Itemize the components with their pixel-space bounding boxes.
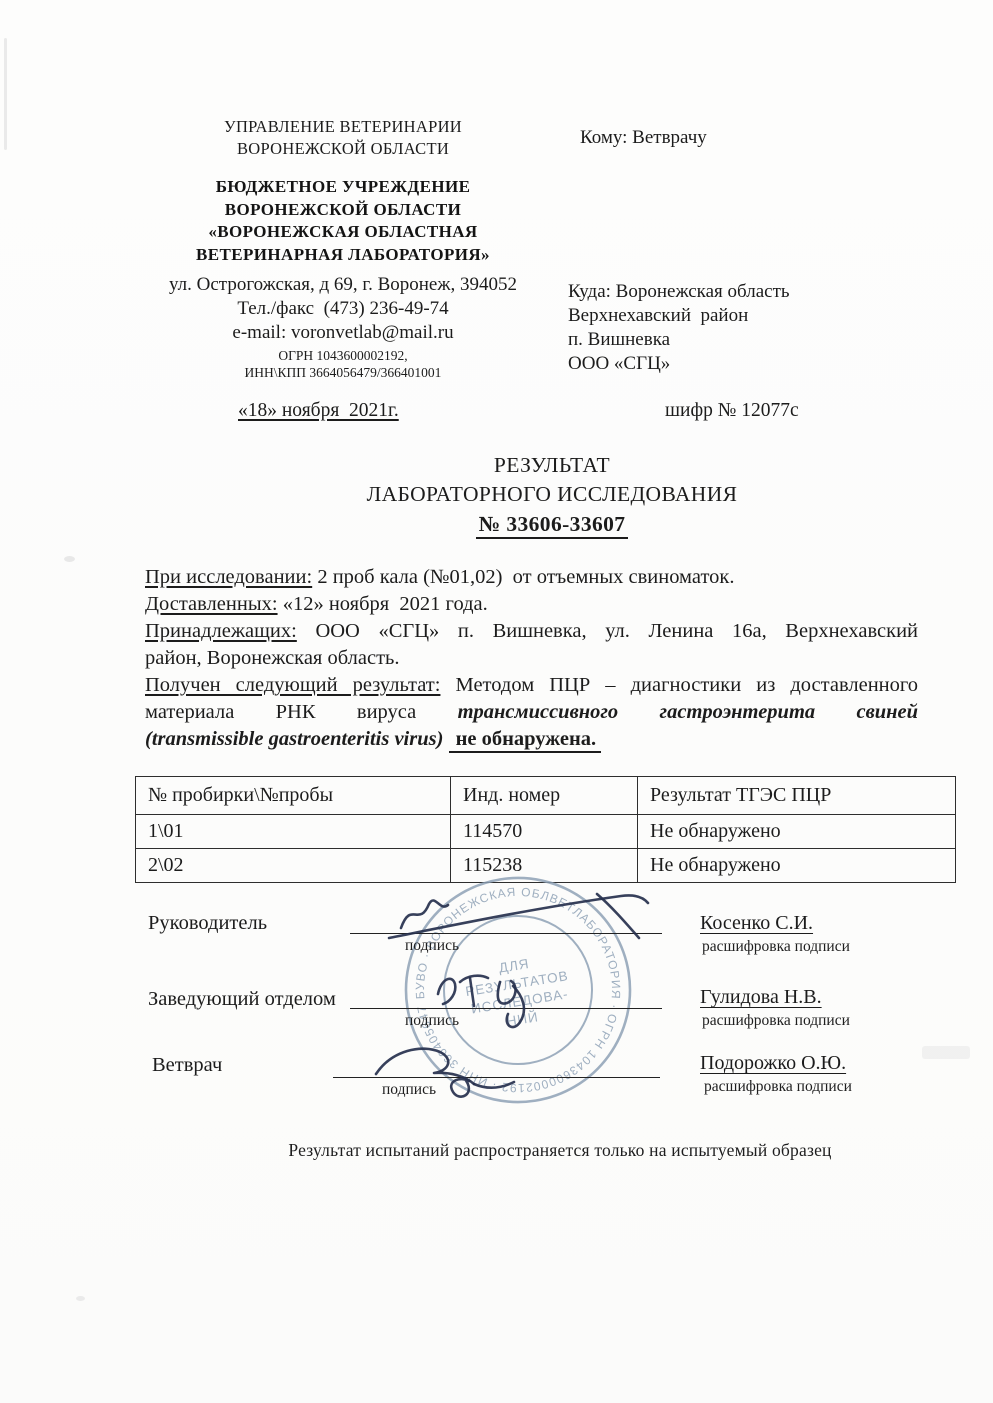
cipher-number: шифр № 12077с <box>665 400 799 422</box>
scan-artifact <box>922 1046 970 1059</box>
scan-artifact <box>76 1296 85 1301</box>
result-not-detected: не обнаружена. <box>449 728 602 753</box>
col-header-id: Инд. номер <box>451 777 638 815</box>
body-line-examined: При исследовании: 2 проб кала (№01,02) о… <box>145 566 734 590</box>
vet-signature-ink <box>368 1038 528 1104</box>
w-diagnostics: диагностики <box>631 674 742 696</box>
recipient-to: Кому: Ветврачу <box>580 126 707 150</box>
text-examined: 2 проб кала (№01,02) от отъемных свинома… <box>312 566 734 588</box>
table-row: 1\01 114570 Не обнаружено <box>136 815 956 849</box>
scan-artifact <box>64 556 75 562</box>
org-inn-kpp: ИНН\КПП 3664056479/366401001 <box>127 364 559 381</box>
department-name-line2: ВОРОНЕЖСКОЙ ОБЛАСТИ <box>127 138 559 160</box>
body-line-virus: материала РНК вируса трансмиссивного гас… <box>145 701 918 724</box>
role-head-of-department: Заведующий отделом <box>148 988 336 1011</box>
org-email: e-mail: voronvetlab@mail.ru <box>127 321 559 345</box>
letterhead: УПРАВЛЕНИЕ ВЕТЕРИНАРИИ ВОРОНЕЖСКОЙ ОБЛАС… <box>127 116 559 381</box>
w-dash: – <box>605 674 615 696</box>
w-rnk: РНК <box>276 701 316 723</box>
w-virusa: вируса <box>357 701 416 723</box>
recipient-where-line1: Куда: Воронежская область <box>568 280 790 304</box>
name-head: Гулидова Н.В. <box>700 986 822 1009</box>
w-pcr: ПЦР <box>549 674 590 696</box>
head-signature-ink <box>428 962 578 1042</box>
scan-artifact <box>4 38 7 150</box>
body-line-owner: Принадлежащих: ООО «СГЦ» п. Вишневка, ул… <box>145 620 918 643</box>
body-line-owner2: район, Воронежская область. <box>145 647 400 671</box>
label-result: Получен следующий результат: <box>145 674 440 696</box>
cell-tube-1: 1\01 <box>136 815 451 849</box>
body-line-result-intro: Получен следующий результат: Методом ПЦР… <box>145 674 918 697</box>
recipient-where-line2: Верхнехавский район <box>568 304 790 328</box>
col-header-result: Результат ТГЭС ПЦР <box>638 777 956 815</box>
text-delivered: «12» ноября 2021 года. <box>278 593 488 615</box>
w-sviney: свиней <box>857 701 919 723</box>
label-owner: Принадлежащих: <box>145 620 297 642</box>
name-caption-vet: расшифровка подписи <box>704 1078 852 1096</box>
label-examined: При исследовании: <box>145 566 312 588</box>
name-caption-head: расшифровка подписи <box>702 1012 850 1030</box>
body-line-conclusion: (transmissible gastroenteritis virus) не… <box>145 728 601 752</box>
organization-name-line2: ВОРОНЕЖСКОЙ ОБЛАСТИ <box>127 199 559 222</box>
recipient-where-line4: ООО «СГЦ» <box>568 352 790 376</box>
cell-id-1: 114570 <box>451 815 638 849</box>
recipient-address-block: Куда: Воронежская область Верхнехавский … <box>568 280 790 376</box>
role-veterinarian: Ветврач <box>152 1054 222 1077</box>
role-director: Руководитель <box>148 912 267 935</box>
title-line2: ЛАБОРАТОРНОГО ИССЛЕДОВАНИЯ <box>107 482 993 507</box>
w-iz: из <box>756 674 775 696</box>
document-title: РЕЗУЛЬТАТ ЛАБОРАТОРНОГО ИССЛЕДОВАНИЯ № 3… <box>107 453 993 537</box>
org-phone: Тел./факс (473) 236-49-74 <box>127 297 559 321</box>
organization-name-line4: ВЕТЕРИНАРНАЯ ЛАБОРАТОРИЯ» <box>127 244 559 267</box>
body-line-delivered: Доставленных: «12» ноября 2021 года. <box>145 593 488 617</box>
name-vet: Подорожко О.Ю. <box>700 1052 846 1075</box>
label-delivered: Доставленных: <box>145 593 278 615</box>
title-line1: РЕЗУЛЬТАТ <box>107 453 993 478</box>
latin-virus-name: (transmissible gastroenteritis virus) <box>145 728 443 750</box>
w-metodom: Методом <box>456 674 535 696</box>
scanned-document-page: УПРАВЛЕНИЕ ВЕТЕРИНАРИИ ВОРОНЕЖСКОЙ ОБЛАС… <box>0 0 993 1403</box>
organization-name-line1: БЮДЖЕТНОЕ УЧРЕЖДЕНИЕ <box>127 176 559 199</box>
director-signature-ink <box>385 886 675 948</box>
department-name-line1: УПРАВЛЕНИЕ ВЕТЕРИНАРИИ <box>127 116 559 138</box>
w-transmissivnogo: трансмиссивного <box>458 701 619 723</box>
title-number-text: № 33606-33607 <box>476 512 629 539</box>
title-number: № 33606-33607 <box>107 512 993 537</box>
col-header-tube: № пробирки\№пробы <box>136 777 451 815</box>
name-director: Косенко С.И. <box>700 912 813 935</box>
org-address: ул. Острогожская, д 69, г. Воронеж, 3940… <box>127 273 559 297</box>
table-header-row: № пробирки\№пробы Инд. номер Результат Т… <box>136 777 956 815</box>
cell-tube-2: 2\02 <box>136 849 451 883</box>
org-ogrn: ОГРН 1043600002192, <box>127 347 559 364</box>
footer-note-wrap: Результат испытаний распространяется тол… <box>130 1140 990 1161</box>
document-date: «18» ноября 2021г. <box>238 400 399 422</box>
recipient-where-line3: п. Вишневка <box>568 328 790 352</box>
organization-name-line3: «ВОРОНЕЖСКАЯ ОБЛАСТНАЯ <box>127 221 559 244</box>
w-materiala: материала <box>145 701 234 723</box>
text-owner: ООО «СГЦ» п. Вишневка, ул. Ленина 16а, В… <box>315 620 918 642</box>
cell-result-2: Не обнаружено <box>638 849 956 883</box>
name-caption-director: расшифровка подписи <box>702 938 850 956</box>
w-gastroenterita: гастроэнтерита <box>660 701 816 723</box>
footer-note: Результат испытаний распространяется тол… <box>288 1140 831 1160</box>
w-delivered: доставленного <box>790 674 918 696</box>
cell-result-1: Не обнаружено <box>638 815 956 849</box>
